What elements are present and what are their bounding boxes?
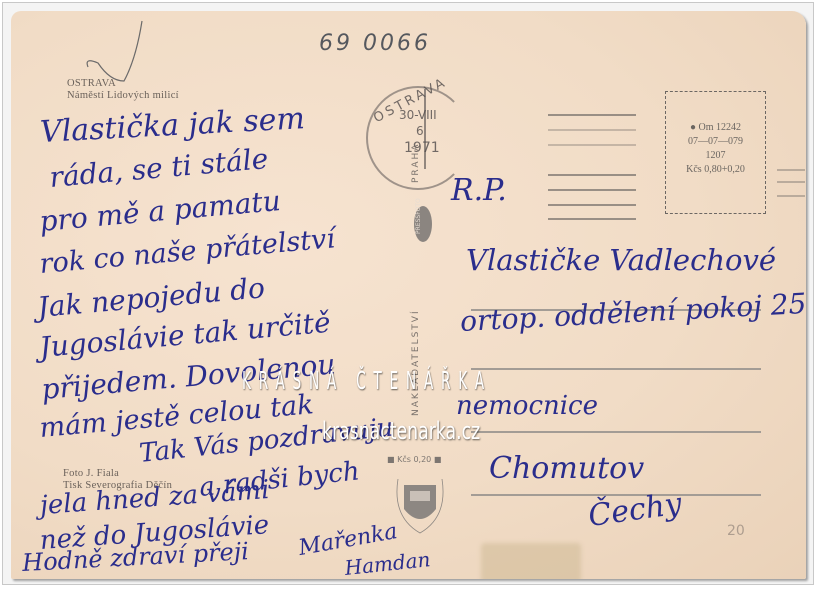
printed-stamp: ● Om 12242 07—07—079 1207 Kčs 0,80+0,20: [665, 91, 766, 214]
cancel-line: [548, 218, 636, 220]
postmark-year: 1971: [404, 140, 440, 156]
stamp-line-1: ● Om 12242: [666, 121, 765, 135]
watermark-url[interactable]: krasnactenarka.cz: [322, 417, 480, 445]
initials: R.P.: [451, 173, 507, 208]
caption-city: OSTRAVA: [67, 78, 179, 90]
address-rule: [471, 368, 761, 370]
paper-stain: [481, 543, 581, 579]
message-line: pro mě a pamatu: [38, 184, 282, 238]
cancel-line: [777, 195, 805, 197]
cancel-line: [777, 181, 805, 183]
postmark-date: 30-VIII: [399, 108, 437, 122]
pressfoto-logo: PRESSFOTO: [414, 206, 432, 242]
cancel-line: [777, 169, 805, 171]
cancel-line: [548, 114, 636, 116]
stamp-line-2: 07—07—079: [666, 135, 765, 149]
address-line: ortop. oddělení pokoj 25: [459, 287, 806, 338]
credits: Foto J. Fiala Tisk Severografia Děčín: [63, 468, 172, 492]
print-credit: Tisk Severografia Děčín: [63, 480, 172, 492]
catalog-number: 69 0066: [319, 31, 431, 56]
address-line: Chomutov: [489, 451, 644, 486]
cancel-line: [548, 129, 636, 131]
publisher-city: PRAHA: [411, 143, 421, 183]
message-line: ráda, se ti stále: [48, 142, 269, 194]
postmark-number: 6: [416, 124, 424, 138]
watermark-title: KRÁSNÁ ČTENÁŘKA: [242, 366, 492, 395]
address-line: Vlastičke Vadlechové: [466, 243, 776, 277]
signature-extra: Hamdan: [343, 547, 431, 579]
caption-place: Náměstí Lidových milicí: [67, 90, 179, 102]
charity-stamp: [384, 467, 456, 539]
postcard: 69 0066 OSTRAVA Náměstí Lidových milicí …: [11, 11, 806, 579]
caption: OSTRAVA Náměstí Lidových milicí: [67, 78, 179, 102]
cancel-line: [548, 144, 636, 146]
photo-credit: Foto J. Fiala: [63, 468, 172, 480]
cancel-line: [548, 189, 636, 191]
pencil-note: 20: [727, 523, 745, 539]
publisher-vertical-text: NAKLADATELSTVÍ: [411, 309, 421, 416]
stamp-line-4: Kčs 0,80+0,20: [666, 163, 765, 177]
charity-value: ■ Kčs 0,20 ■: [387, 455, 441, 464]
stamp-line-3: 1207: [666, 149, 765, 163]
address-rule: [471, 431, 761, 433]
cancel-line: [548, 204, 636, 206]
cancel-line: [548, 174, 636, 176]
